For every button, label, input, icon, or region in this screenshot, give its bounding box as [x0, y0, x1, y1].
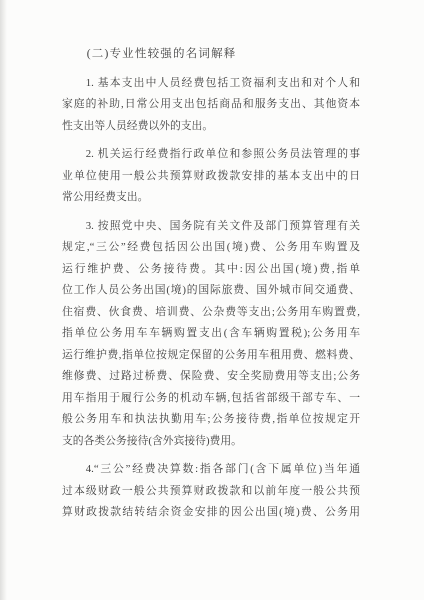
text-line: 支的各类公务接待(含外宾接待)费用。 — [62, 431, 360, 453]
section-heading: (二)专业性较强的名词解释 — [62, 44, 360, 66]
text-line: 运行维护费,指单位按规定保留的公务用车租用费、燃料费、 — [62, 345, 360, 367]
text-line: 般公务用车和执法执勤用车;公务接待费,指单位按规定开 — [62, 409, 360, 431]
text-line: 2. 机关运行经费指行政单位和参照公务员法管理的事 — [62, 144, 360, 166]
text-line: 规定,“三公”经费包括因公出国(境)费、公务用车购置及 — [62, 237, 360, 259]
text-line: 维修费、过路过桥费、保险费、安全奖励费用等支出;公务 — [62, 366, 360, 388]
text-line: 家庭的补助,日常公用支出包括商品和服务支出、其他资本 — [62, 94, 360, 116]
text-line: 常公用经费支出。 — [62, 187, 360, 209]
document-body: 1. 基本支出中人员经费包括工资福利支出和对个人和家庭的补助,日常公用支出包括商… — [62, 73, 360, 524]
text-line: 3. 按照党中央、国务院有关文件及部门预算管理有关 — [62, 216, 360, 238]
text-line: 算财政拨款结转结余资金安排的因公出国(境)费、公务用 — [62, 502, 360, 524]
text-line: 住宿费、伙食费、培训费、公杂费等支出;公务用车购置费, — [62, 302, 360, 324]
document-content: (二)专业性较强的名词解释 1. 基本支出中人员经费包括工资福利支出和对个人和家… — [62, 44, 360, 524]
text-line: 用车指用于履行公务的机动车辆,包括省部级干部专车、一 — [62, 388, 360, 410]
paragraph: 2. 机关运行经费指行政单位和参照公务员法管理的事业单位使用一般公共预算财政拨款… — [62, 144, 360, 209]
paragraph: 1. 基本支出中人员经费包括工资福利支出和对个人和家庭的补助,日常公用支出包括商… — [62, 73, 360, 138]
paragraph: 4.“三公”经费决算数:指各部门(含下属单位)当年通过本级财政一般公共预算财政拨… — [62, 459, 360, 524]
paragraph: 3. 按照党中央、国务院有关文件及部门预算管理有关规定,“三公”经费包括因公出国… — [62, 216, 360, 453]
text-line: 1. 基本支出中人员经费包括工资福利支出和对个人和 — [62, 73, 360, 95]
scan-edge-shadow — [0, 0, 7, 600]
scanned-document-page: (二)专业性较强的名词解释 1. 基本支出中人员经费包括工资福利支出和对个人和家… — [0, 0, 424, 600]
text-line: 指单位公务用车车辆购置支出(含车辆购置税);公务用车 — [62, 323, 360, 345]
text-line: 运行维护费、公务接待费。其中:因公出国(境)费,指单 — [62, 259, 360, 281]
text-line: 位工作人员公务出国(境)的国际旅费、国外城市间交通费、 — [62, 280, 360, 302]
text-line: 过本级财政一般公共预算财政拨款和以前年度一般公共预 — [62, 481, 360, 503]
text-line: 性支出等人员经费以外的支出。 — [62, 116, 360, 138]
text-line: 4.“三公”经费决算数:指各部门(含下属单位)当年通 — [62, 459, 360, 481]
text-line: 业单位使用一般公共预算财政拨款安排的基本支出中的日 — [62, 166, 360, 188]
